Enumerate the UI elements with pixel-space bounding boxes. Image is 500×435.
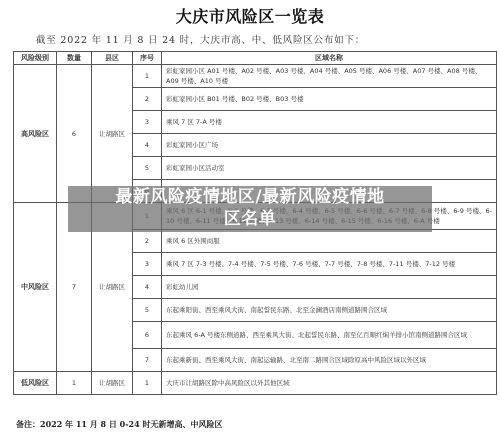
row-number: 5 [133, 157, 162, 180]
caption-line-2: 区名单 [68, 208, 432, 230]
row-number: 5 [133, 299, 162, 322]
area-name: 彩虹家园小区 A01 号楼、A02 号楼、A03 号楼、A04 号楼、A05 号… [162, 65, 497, 88]
district-high: 让胡路区 [92, 65, 133, 203]
row-number: 3 [133, 111, 162, 134]
district-low: 让胡路区 [92, 372, 133, 395]
row-number: 6 [133, 322, 162, 349]
caption-line-1: 最新风险疫情地区/最新风险疫情地 [68, 186, 432, 208]
header-number: 序号 [133, 52, 162, 65]
row-number: 4 [133, 134, 162, 157]
area-name: 东起乘阳街、西至乘风大街、南起誓民东路、北至金澜酒店南侧道路围合区域 [162, 299, 497, 322]
row-number: 1 [133, 372, 162, 395]
area-name: 东起乘风 6-A 号楼东侧道路、西至乘风大街、北起誓民东路、南至亿百顺红焖羊排小… [162, 322, 497, 349]
table-row: 高风险区 6 让胡路区 1 彩虹家园小区 A01 号楼、A02 号楼、A03 号… [14, 65, 497, 88]
risk-level-high: 高风险区 [14, 65, 57, 203]
row-number: 2 [133, 88, 162, 111]
table-row: 低风险区 1 让胡路区 1 大庆市让胡路区除中高风险区以外其他区域 [14, 372, 497, 395]
row-number: 7 [133, 349, 162, 372]
count-low: 1 [57, 372, 92, 395]
header-area-name: 区域名称 [162, 52, 497, 65]
risk-level-low: 低风险区 [14, 372, 57, 395]
area-name: 乘风 7 区 7-3 号楼、7-4 号楼、7-5 号楼、7-6 号楼、7-7 号… [162, 253, 497, 276]
header-count: 数量 [57, 52, 92, 65]
row-number: 1 [133, 65, 162, 88]
row-number: 2 [133, 230, 162, 253]
area-name: 大庆市让胡路区除中高风险区以外其他区域 [162, 372, 497, 395]
area-name: 彩虹幼儿园 [162, 276, 497, 299]
table-header-row: 风险级别 数量 县区 序号 区域名称 [14, 52, 497, 65]
area-name: 东起乘新街、西至乘风大街、南起运输路、北至南二路围合区域除原高中风险区域以外区域 [162, 349, 497, 372]
area-name: 彩虹家园小区广场 [162, 134, 497, 157]
area-name: 彩虹家园小区 B01 号楼、B02 号楼、B03 号楼 [162, 88, 497, 111]
area-name: 乘风 6 区外围商服 [162, 230, 497, 253]
area-name: 彩虹家园小区活动室 [162, 157, 497, 180]
document-subtitle: 截至 2022 年 11 月 8 日 24 时，大庆市高、中、低风险区公布如下： [36, 32, 365, 46]
document-title: 大庆市风险区一览表 [0, 4, 500, 27]
count-high: 6 [57, 65, 92, 203]
area-name: 乘风 7 区 7-A 号楼 [162, 111, 497, 134]
row-number: 4 [133, 276, 162, 299]
header-district: 县区 [92, 52, 133, 65]
row-number: 3 [133, 253, 162, 276]
caption-overlay: 最新风险疫情地区/最新风险疫情地 区名单 [68, 186, 432, 230]
risk-level-medium: 中风险区 [14, 203, 57, 372]
header-risk-level: 风险级别 [14, 52, 57, 65]
document-note: 备注：2022 年 11 月 8 日 0-24 时无新增高、中风险区 [16, 419, 222, 430]
